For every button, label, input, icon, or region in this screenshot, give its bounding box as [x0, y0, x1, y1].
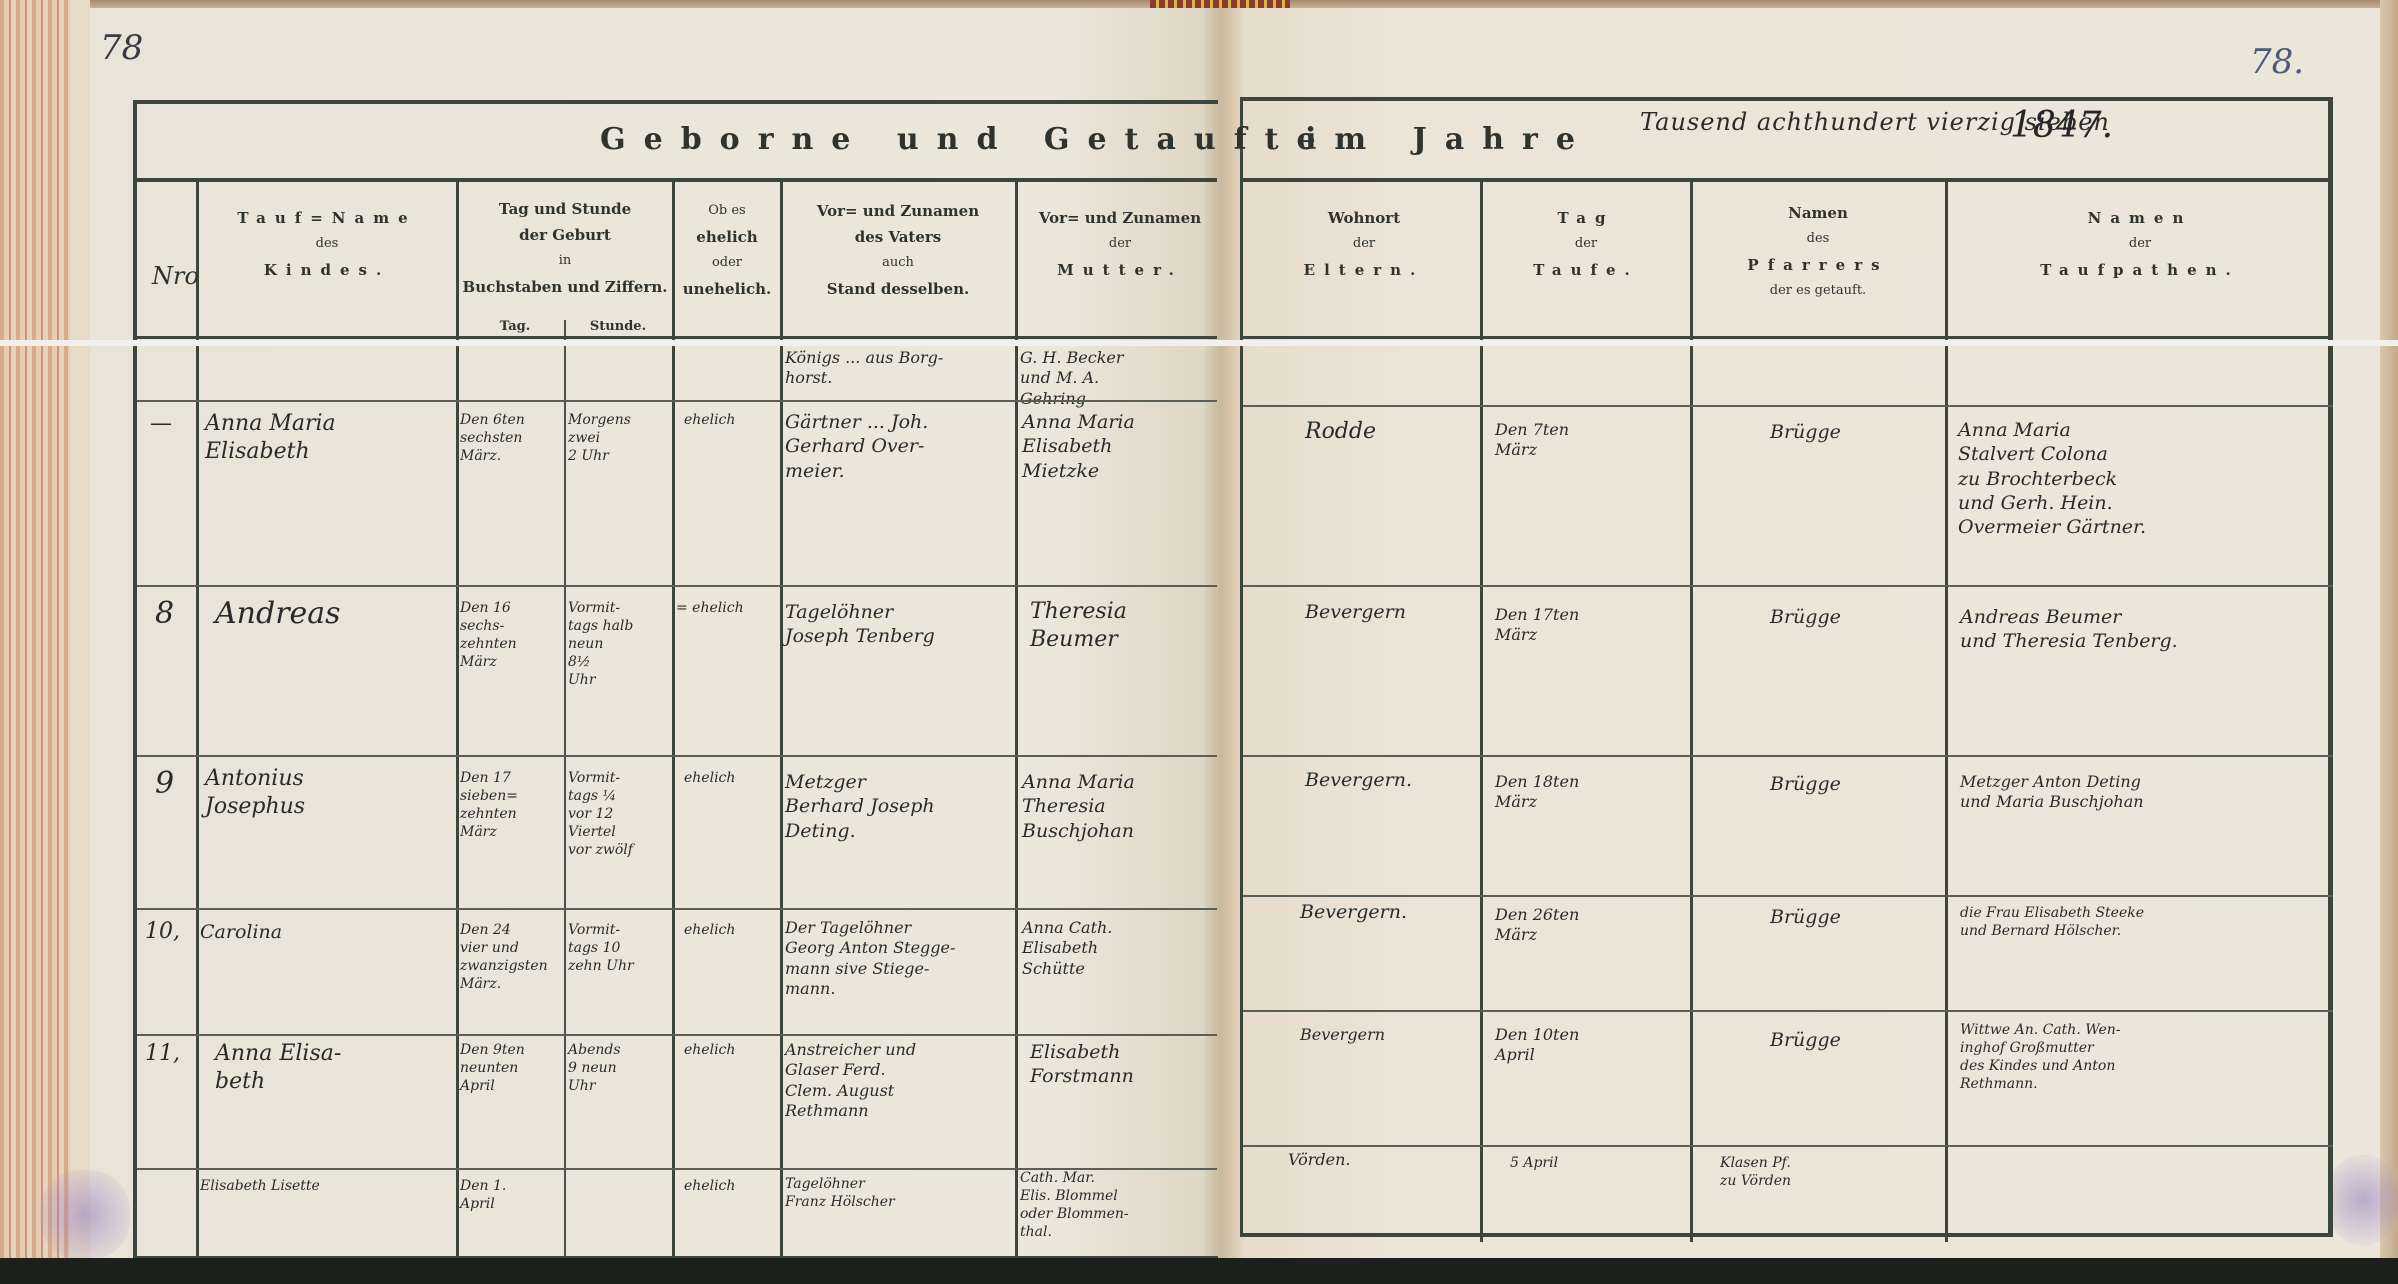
entry-number: 8	[155, 595, 174, 633]
entry-godparents: die Frau Elisabeth Steeke und Bernard Hö…	[1960, 905, 2330, 941]
col-header-nr: Nro	[152, 262, 199, 290]
folio-number-right: 78.	[2250, 42, 2304, 82]
entry-birth-hour: Vormit- tags 10 zehn Uhr	[568, 922, 670, 976]
folio-number-left: 78	[100, 28, 143, 68]
entry-godparents: Andreas Beumer und Theresia Tenberg.	[1960, 605, 2330, 654]
entry-pastor: Brügge	[1770, 772, 1841, 796]
row-divider	[1243, 585, 2333, 587]
col-header-father: Vor= und Zunamendes VatersauchStand dess…	[784, 198, 1012, 302]
entry-baptism-day: 5 April	[1510, 1155, 1680, 1173]
row-divider	[1243, 755, 2333, 757]
col-header-baptism-day: TagderTaufe.	[1484, 205, 1688, 283]
entry-child-name: Carolina	[200, 920, 445, 944]
col-header-birth: Tag und Stundeder GeburtinBuchstaben und…	[460, 196, 670, 300]
scan-seam	[0, 340, 2398, 346]
entry-legitimacy: ehelich	[684, 770, 776, 788]
entry-father: Tagelöhner Joseph Tenberg	[785, 600, 1013, 649]
entry-mother: Anna Maria Theresia Buschjohan	[1022, 770, 1212, 843]
entry-baptism-day: Den 26ten März	[1495, 905, 1675, 946]
entry-mother: Anna Maria Elisabeth Mietzke	[1022, 410, 1212, 483]
page-stack-edge-right	[2380, 0, 2398, 1284]
entry-pastor: Brügge	[1770, 605, 1841, 629]
entry-number: 10,	[145, 918, 180, 946]
col-divider	[564, 320, 566, 1257]
entry-godparents: Wittwe An. Cath. Wen- inghof Großmutter …	[1960, 1022, 2330, 1094]
row-divider	[1243, 1145, 2333, 1147]
row-divider	[137, 755, 1217, 757]
carryover-father: Königs ... aus Borg- horst.	[785, 348, 1010, 389]
row-divider	[137, 400, 1217, 402]
entry-baptism-day: Den 17ten März	[1495, 605, 1675, 646]
entry-mother: Anna Cath. Elisabeth Schütte	[1022, 918, 1212, 979]
header-bottom-rule-right	[1243, 336, 2333, 339]
col-header-mother: Vor= und ZunamenderMutter.	[1020, 205, 1220, 283]
entry-legitimacy: = ehelich	[676, 600, 776, 618]
entry-birth-day: Den 6ten sechsten März.	[460, 412, 562, 466]
entry-birth-day: Den 17 sieben= zehnten März	[460, 770, 562, 842]
entry-child-name: Antonius Josephus	[205, 765, 450, 821]
entry-father: Anstreicher und Glaser Ferd. Clem. Augus…	[785, 1040, 1013, 1122]
page-stack-edge-left	[0, 0, 90, 1284]
entry-birth-day: Den 16 sechs- zehnten März	[460, 600, 562, 672]
entry-mother: Theresia Beumer	[1030, 598, 1215, 654]
entry-father: Metzger Berhard Joseph Deting.	[785, 770, 1013, 843]
entry-pastor: Klasen Pf. zu Vörden	[1720, 1155, 1940, 1191]
entry-birth-day: Den 1. April	[460, 1178, 562, 1214]
entry-father: Der Tagelöhner Georg Anton Stegge- mann …	[785, 918, 1013, 1000]
ink-stain-right	[2328, 1155, 2398, 1245]
entry-mother: Cath. Mar. Elis. Blommel oder Blommen- t…	[1020, 1170, 1210, 1242]
ink-stain-left	[40, 1170, 130, 1260]
col-header-godparents: NamenderTaufpathen.	[1950, 205, 2330, 283]
entry-pastor: Brügge	[1770, 905, 1841, 929]
entry-residence: Vörden.	[1288, 1150, 1350, 1170]
entry-residence: Bevergern	[1305, 600, 1406, 624]
entry-pastor: Brügge	[1770, 420, 1841, 444]
register-title: Geborne und Getaufte	[600, 122, 1334, 157]
entry-father: Tagelöhner Franz Hölscher	[785, 1176, 1013, 1212]
col-header-residence: WohnortderEltern.	[1250, 205, 1478, 283]
entry-baptism-day: Den 7ten März	[1495, 420, 1675, 461]
entry-pastor: Brügge	[1770, 1028, 1841, 1052]
entry-mother: Elisabeth Forstmann	[1030, 1040, 1215, 1089]
entry-residence: Bevergern.	[1300, 900, 1407, 924]
entry-legitimacy: ehelich	[684, 1042, 776, 1060]
entry-legitimacy: ehelich	[684, 412, 776, 430]
register-spread: 78 78. Geborne und Getaufte im Jahre Tau…	[0, 0, 2398, 1284]
row-divider	[137, 1034, 1217, 1036]
entry-number: —	[150, 410, 172, 438]
entry-father: Gärtner ... Joh. Gerhard Over- meier.	[785, 410, 1013, 483]
entry-residence: Bevergern.	[1305, 768, 1412, 792]
register-year-label: im Jahre	[1305, 122, 1593, 157]
entry-number: 9	[155, 765, 174, 803]
header-bottom-rule-left	[137, 336, 1217, 339]
entry-child-name: Andreas	[215, 595, 455, 633]
entry-birth-day: Den 24 vier und zwanzigsten März.	[460, 922, 562, 994]
row-divider	[1243, 405, 2333, 407]
entry-residence: Rodde	[1305, 418, 1376, 446]
entry-legitimacy: ehelich	[684, 1178, 776, 1196]
entry-legitimacy: ehelich	[684, 922, 776, 940]
entry-godparents: Anna Maria Stalvert Colona zu Brochterbe…	[1958, 418, 2328, 540]
year-number: 1847.	[2010, 105, 2113, 146]
scan-background	[0, 1258, 2398, 1284]
entry-baptism-day: Den 10ten April	[1495, 1025, 1675, 1066]
row-divider	[1243, 895, 2333, 897]
entry-godparents: Metzger Anton Deting und Maria Buschjoha…	[1960, 772, 2330, 813]
col-header-legitimacy: Ob esehelichoderunehelich.	[676, 198, 778, 302]
entry-birth-hour: Abends 9 neun Uhr	[568, 1042, 670, 1096]
entry-child-name: Anna Maria Elisabeth	[205, 410, 450, 466]
entry-residence: Bevergern	[1300, 1025, 1385, 1045]
headband	[1150, 0, 1290, 8]
entry-child-name: Elisabeth Lisette	[200, 1178, 455, 1196]
row-divider	[137, 908, 1217, 910]
entry-birth-hour: Vormit- tags ¼ vor 12 Viertel vor zwölf	[568, 770, 670, 860]
header-top-rule-left	[137, 178, 1217, 182]
header-top-rule-right	[1243, 178, 2333, 182]
entry-birth-day: Den 9ten neunten April	[460, 1042, 562, 1096]
entry-birth-hour: Vormit- tags halb neun 8½ Uhr	[568, 600, 670, 690]
col-header-child-name: Tauf=NamedesKindes.	[200, 205, 454, 283]
row-divider	[1243, 1010, 2333, 1012]
col-header-pastor: NamendesPfarrersder es getauft.	[1694, 200, 1942, 304]
row-divider	[137, 585, 1217, 587]
entry-birth-hour: Morgens zwei 2 Uhr	[568, 412, 670, 466]
entry-number: 11,	[145, 1040, 180, 1068]
entry-child-name: Anna Elisa- beth	[215, 1040, 455, 1096]
entry-baptism-day: Den 18ten März	[1495, 772, 1675, 813]
